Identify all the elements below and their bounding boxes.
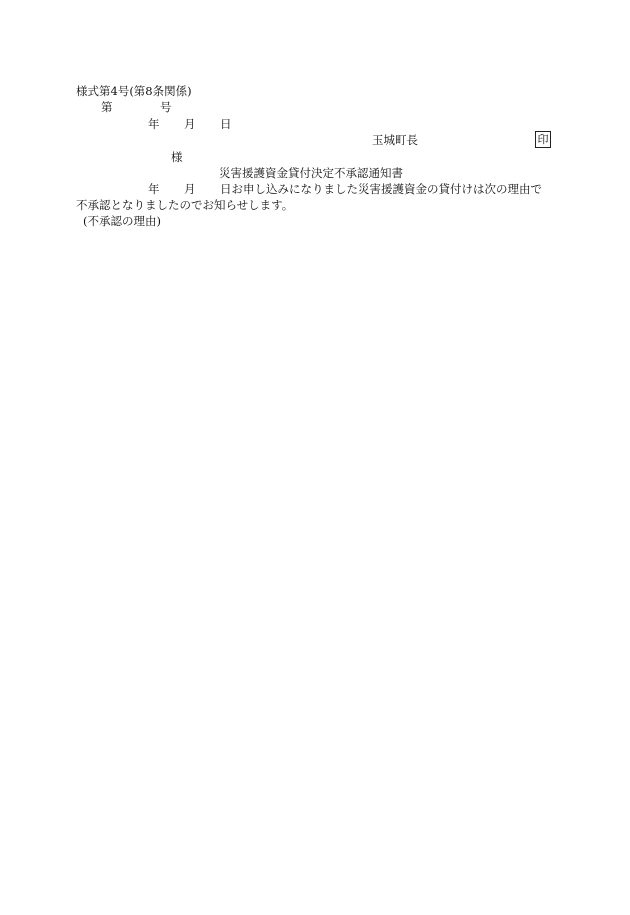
body-line-1: 日お申し込みになりました災害援護資金の貸付けは次の理由で	[220, 181, 542, 197]
body-date-year: 年	[148, 181, 160, 197]
document-title: 災害援護資金貸付決定不承認通知書	[219, 165, 403, 181]
addressee-suffix: 様	[171, 149, 183, 165]
date-year: 年	[148, 116, 160, 132]
date-day: 日	[220, 116, 232, 132]
reason-heading: (不承認の理由)	[83, 213, 161, 229]
body-line-2: 不承認となりましたのでお知らせします。	[76, 197, 293, 213]
doc-number-suffix: 号	[160, 99, 172, 115]
body-date-month: 月	[184, 181, 196, 197]
seal-mark: 印	[535, 131, 551, 148]
doc-number-prefix: 第	[101, 99, 113, 115]
issuer-name: 玉城町長	[372, 132, 418, 148]
date-month: 月	[184, 116, 196, 132]
form-number: 様式第4号(第8条関係)	[76, 83, 192, 99]
